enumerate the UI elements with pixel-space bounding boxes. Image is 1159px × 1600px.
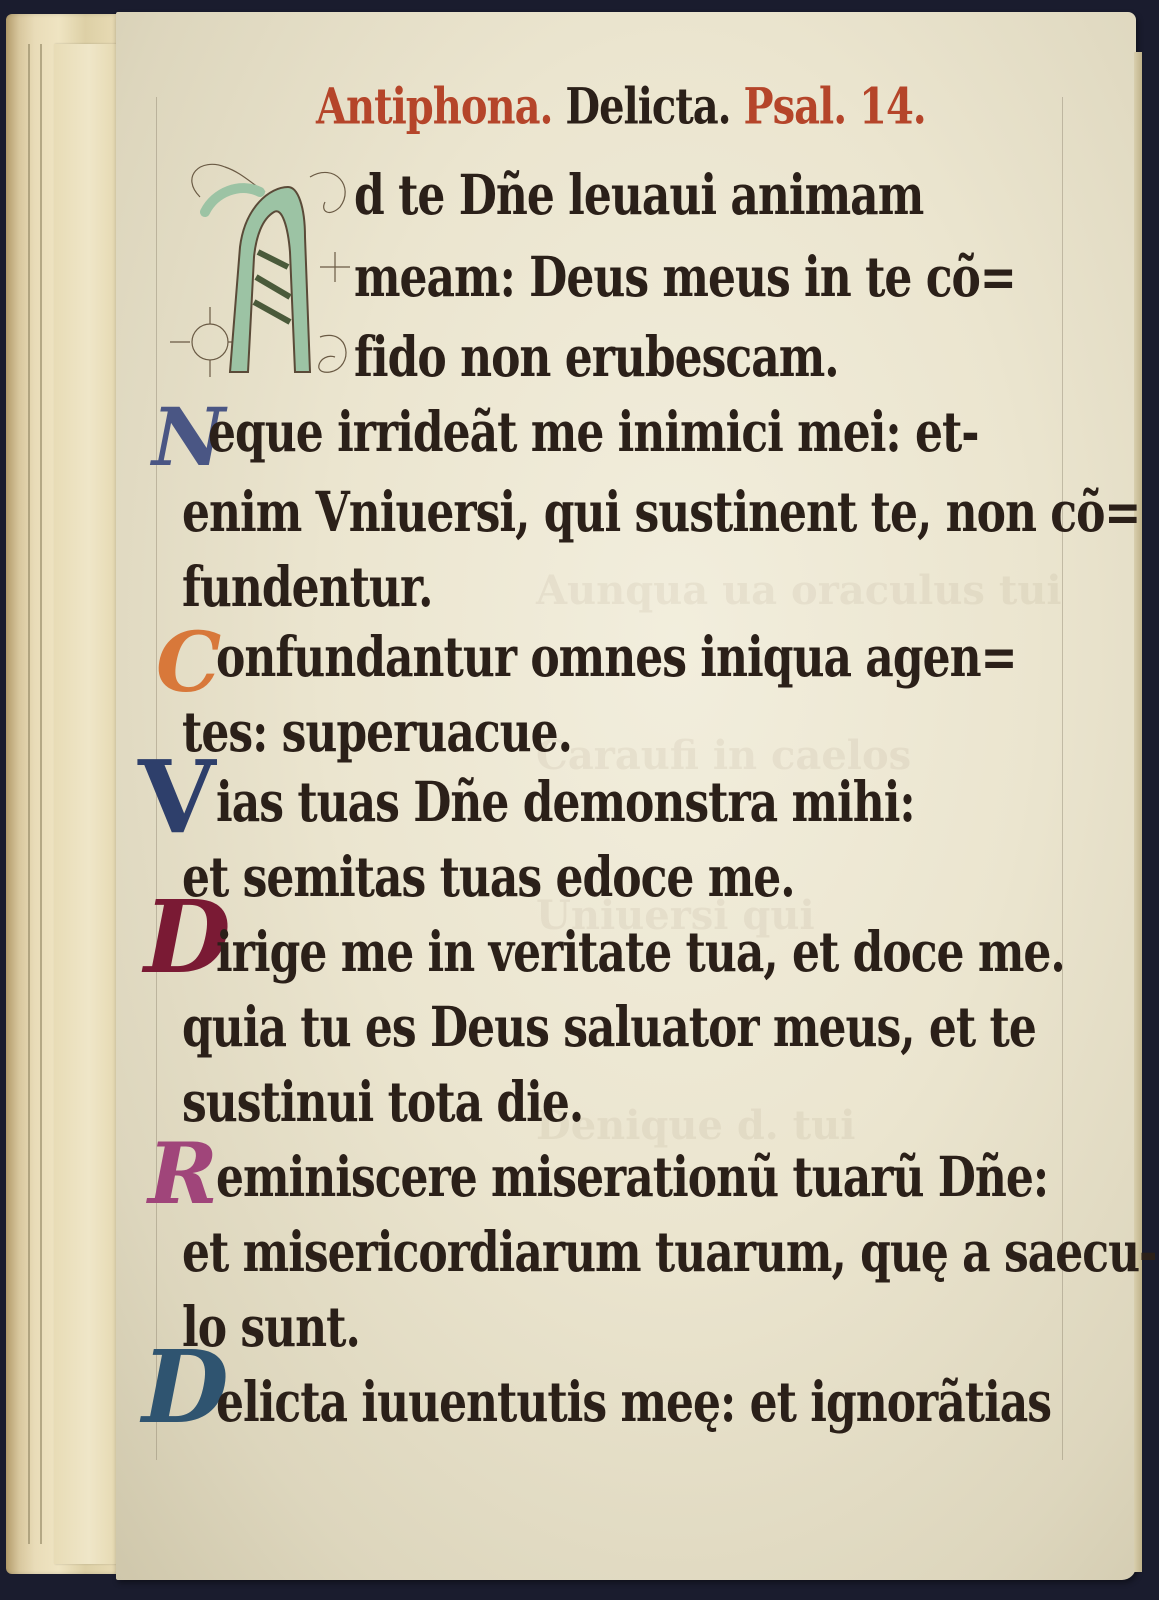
text-line: et semitas tuas edoce me. [182,851,795,906]
text-line: tes: superuacue. [182,706,572,761]
text-line: d te Dñe leuaui animam [354,169,923,224]
text-line: eminiscere miserationũ tuarũ Dñe: [216,1151,1048,1206]
text-line: elicta iuuentutis meę: et ignorãtias [216,1376,1051,1431]
text-line: et misericordiarum tuarum, quę a saecu- [182,1226,1156,1281]
initial-c: C [156,622,221,704]
show-through-text: Aunqua ua oraculus tui [536,567,1062,614]
psalm-number: 14. [859,77,926,136]
text-line: sustinui tota die. [182,1076,583,1131]
initial-r: R [148,1132,218,1216]
antiphona-label: Antiphona. [316,77,552,136]
page-edge [1134,52,1142,1572]
underlying-leaf [54,44,124,1564]
text-line: onfundantur omnes iniqua agen= [216,631,1016,686]
illuminated-initial-a-icon [170,157,360,387]
page-fold [28,44,30,1544]
text-line: eque irrideãt me inimici mei: et- [208,406,979,461]
rubric-heading: Antiphona. Delicta. Psal. 14. [316,82,926,132]
text-line: meam: Deus meus in te cõ= [354,251,1016,306]
psalm-label: Psal. [744,77,847,136]
text-line: fido non erubescam. [354,331,839,386]
incipit: Delicta. [565,77,730,136]
text-line: enim Vniuersi, qui sustinent te, non cõ= [182,486,1140,541]
manuscript-page: Aunqua ua oraculus tui Caraufi in caelos… [116,12,1136,1580]
text-line: fundentur. [182,561,432,616]
text-line: lo sunt. [182,1301,360,1356]
page-fold [40,44,42,1544]
text-line: irige me in veritate tua, et doce me. [216,926,1065,981]
text-line: ias tuas Dñe demonstra mihi: [216,776,915,831]
show-through-text: Denique d. tui [536,1102,855,1149]
text-line: quia tu es Deus saluator meus, et te [182,1001,1036,1056]
